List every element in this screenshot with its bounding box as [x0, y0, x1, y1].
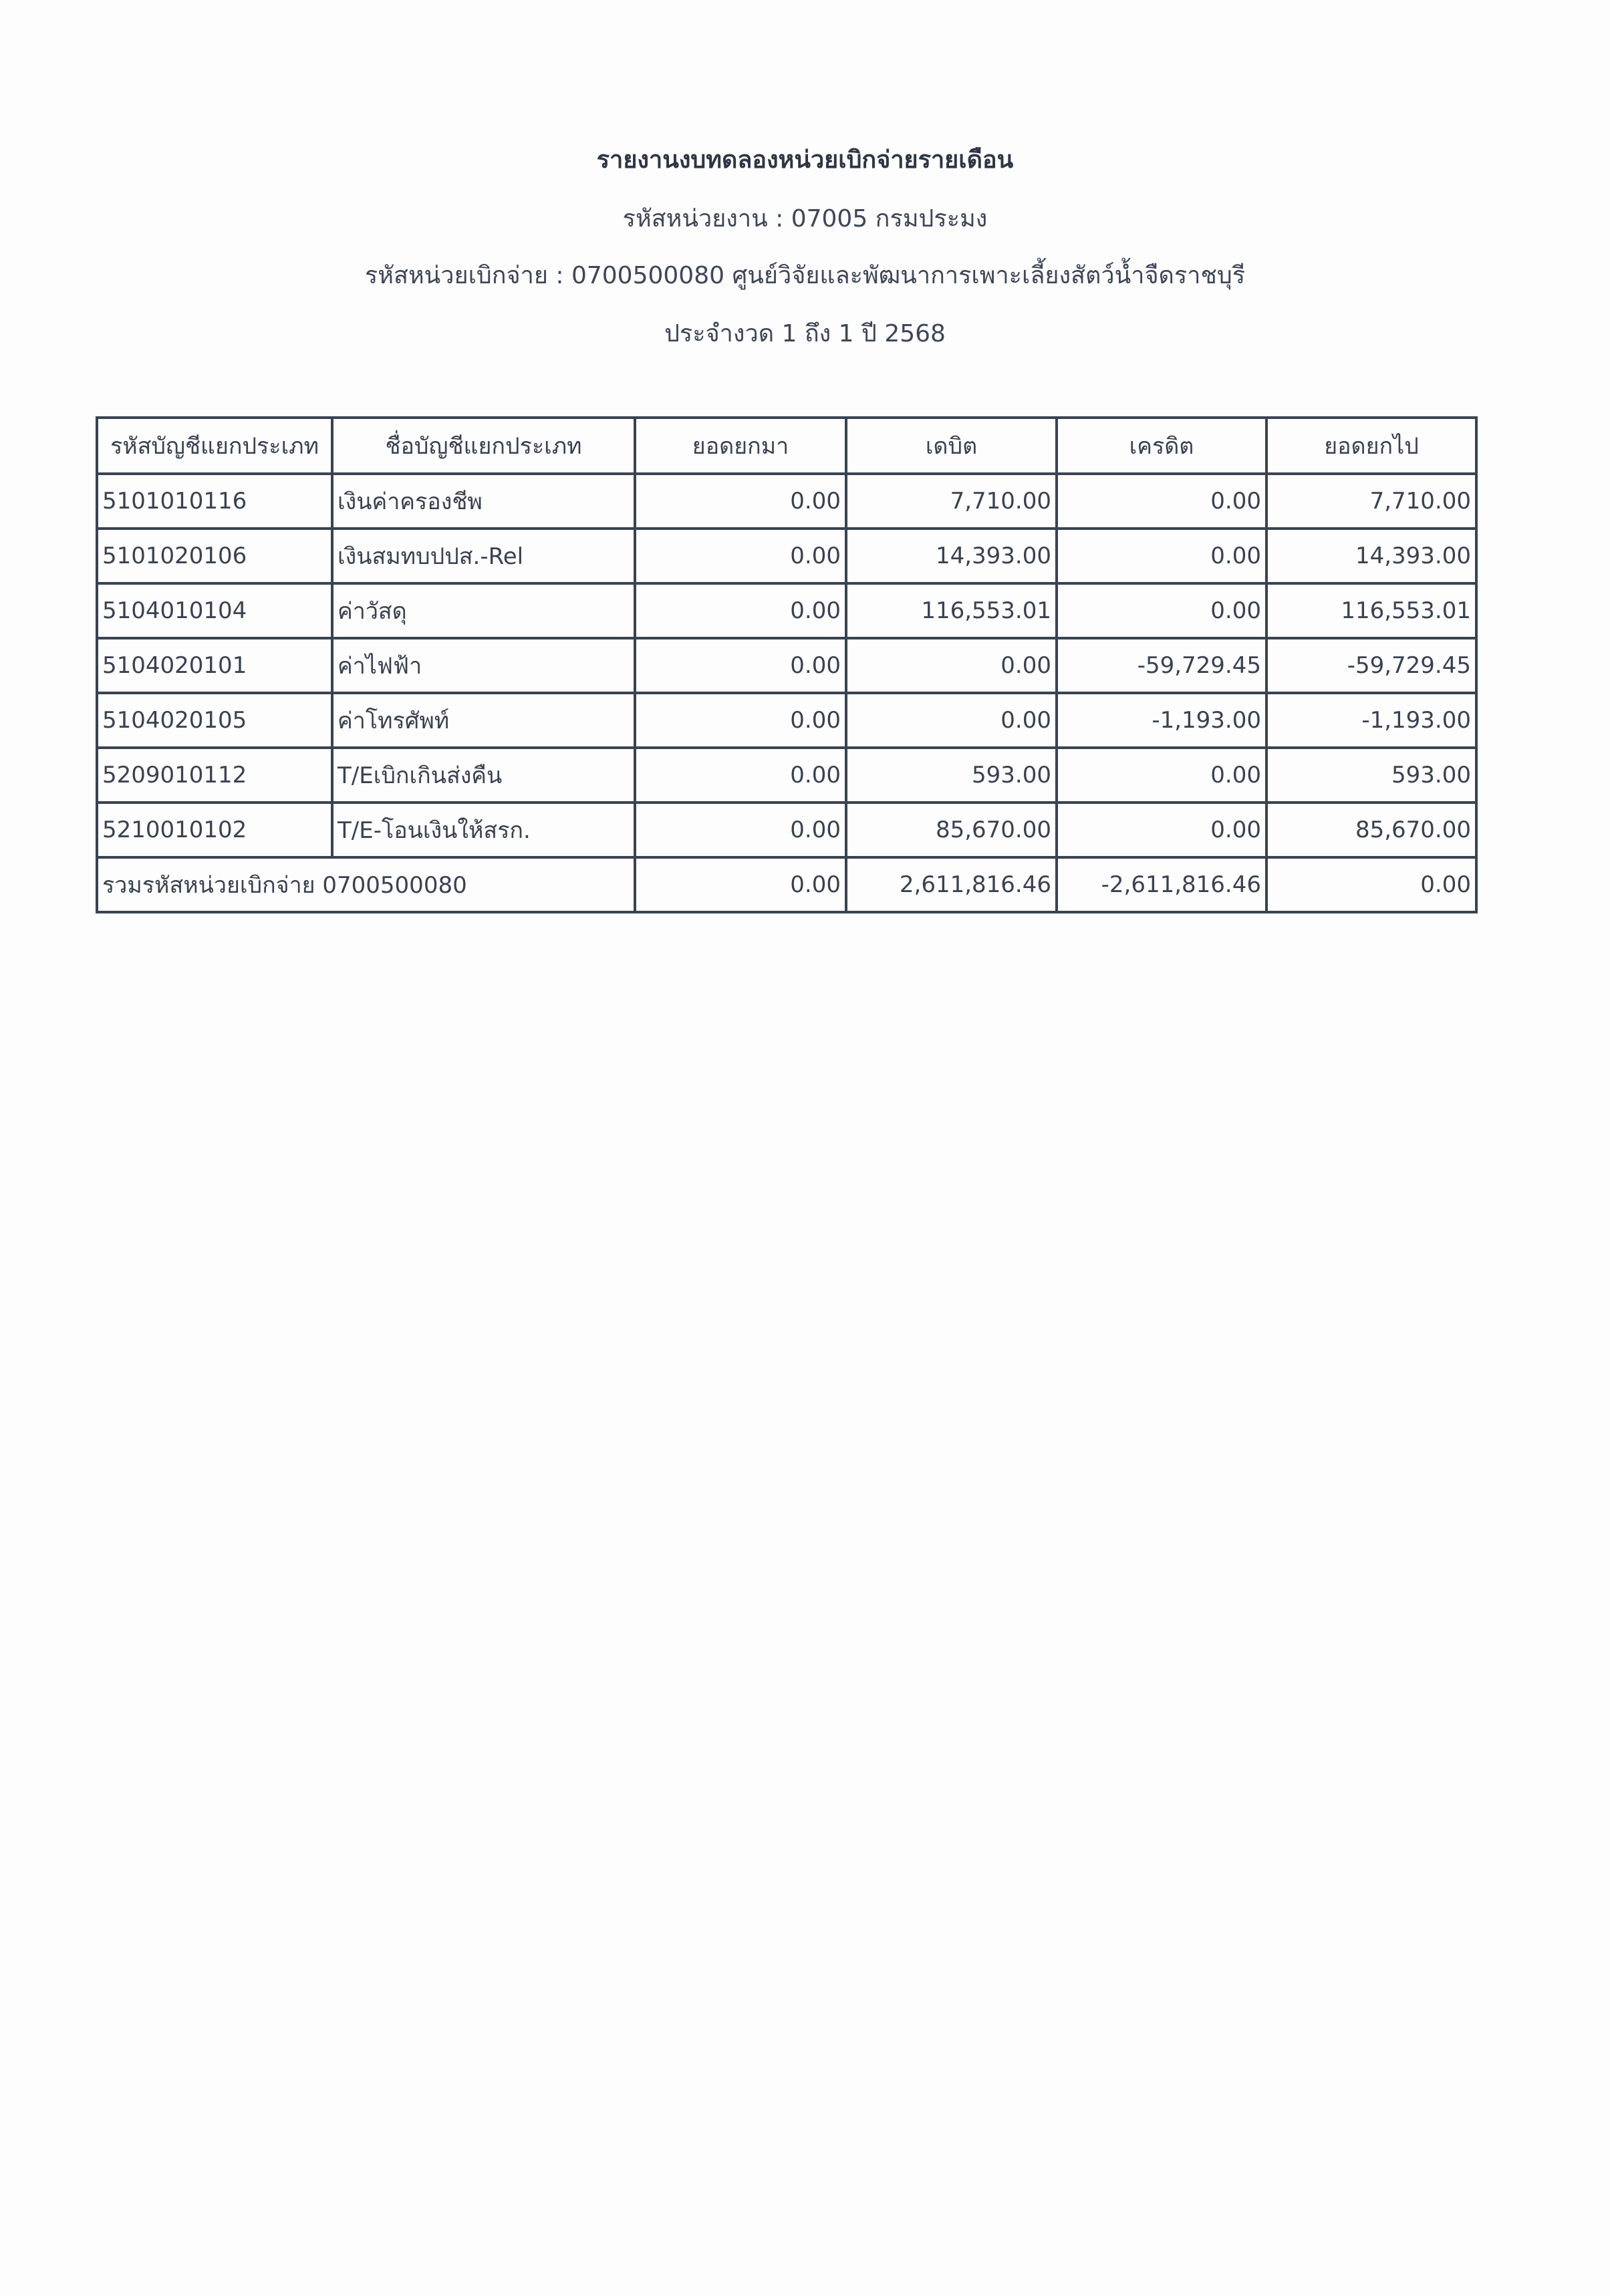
opening-cell: 0.00 — [635, 583, 846, 638]
table-header-row: รหัสบัญชีแยกประเภท ชื่อบัญชีแยกประเภท ยอ… — [97, 418, 1476, 474]
debit-cell: 593.00 — [846, 748, 1057, 803]
account-code-cell: 5209010112 — [97, 748, 332, 803]
account-code-cell: 5104020105 — [97, 693, 332, 748]
account-code-cell: 5101010116 — [97, 474, 332, 529]
trial-balance-table: รหัสบัญชีแยกประเภท ชื่อบัญชีแยกประเภท ยอ… — [96, 416, 1478, 913]
header-opening-balance: ยอดยกมา — [635, 418, 846, 474]
account-name-cell: เงินค่าครองชีพ — [332, 474, 635, 529]
opening-cell: 0.00 — [635, 474, 846, 529]
debit-cell: 7,710.00 — [846, 474, 1057, 529]
account-code-cell: 5101020106 — [97, 529, 332, 583]
closing-cell: -1,193.00 — [1266, 693, 1476, 748]
credit-cell: 0.00 — [1057, 474, 1266, 529]
report-title: รายงานงบทดลองหน่วยเบิกจ่ายรายเดือน — [0, 140, 1610, 178]
account-code-cell: 5104020101 — [97, 638, 332, 693]
header-debit: เดบิต — [846, 418, 1057, 474]
closing-cell: 116,553.01 — [1266, 583, 1476, 638]
total-closing: 0.00 — [1266, 857, 1476, 912]
debit-cell: 0.00 — [846, 693, 1057, 748]
account-code-cell: 5104010104 — [97, 583, 332, 638]
account-name-cell: T/Eเบิกเกินส่งคืน — [332, 748, 635, 803]
credit-cell: 0.00 — [1057, 803, 1266, 857]
agency-line: รหัสหน่วยงาน : 07005 กรมประมง — [0, 199, 1610, 237]
account-name-cell: เงินสมทบปปส.-Rel — [332, 529, 635, 583]
closing-cell: 14,393.00 — [1266, 529, 1476, 583]
account-name-cell: ค่าไฟฟ้า — [332, 638, 635, 693]
debit-cell: 14,393.00 — [846, 529, 1057, 583]
total-row: รวมรหัสหน่วยเบิกจ่าย 0700500080 0.00 2,6… — [97, 857, 1476, 912]
total-credit: -2,611,816.46 — [1057, 857, 1266, 912]
opening-cell: 0.00 — [635, 693, 846, 748]
credit-cell: -59,729.45 — [1057, 638, 1266, 693]
closing-cell: -59,729.45 — [1266, 638, 1476, 693]
account-code-cell: 5210010102 — [97, 803, 332, 857]
table-row: 5101020106เงินสมทบปปส.-Rel0.0014,393.000… — [97, 529, 1476, 583]
debit-cell: 0.00 — [846, 638, 1057, 693]
closing-cell: 85,670.00 — [1266, 803, 1476, 857]
header-account-code: รหัสบัญชีแยกประเภท — [97, 418, 332, 474]
header-account-name: ชื่อบัญชีแยกประเภท — [332, 418, 635, 474]
total-debit: 2,611,816.46 — [846, 857, 1057, 912]
header-closing-balance: ยอดยกไป — [1266, 418, 1476, 474]
credit-cell: 0.00 — [1057, 748, 1266, 803]
opening-cell: 0.00 — [635, 529, 846, 583]
account-name-cell: ค่าวัสดุ — [332, 583, 635, 638]
credit-cell: -1,193.00 — [1057, 693, 1266, 748]
account-name-cell: T/E-โอนเงินให้สรก. — [332, 803, 635, 857]
disbursement-unit-line: รหัสหน่วยเบิกจ่าย : 0700500080 ศูนย์วิจั… — [0, 256, 1610, 294]
credit-cell: 0.00 — [1057, 583, 1266, 638]
total-label: รวมรหัสหน่วยเบิกจ่าย 0700500080 — [97, 857, 635, 912]
debit-cell: 116,553.01 — [846, 583, 1057, 638]
table-row: 5209010112T/Eเบิกเกินส่งคืน0.00593.000.0… — [97, 748, 1476, 803]
credit-cell: 0.00 — [1057, 529, 1266, 583]
table-row: 5210010102T/E-โอนเงินให้สรก.0.0085,670.0… — [97, 803, 1476, 857]
closing-cell: 7,710.00 — [1266, 474, 1476, 529]
debit-cell: 85,670.00 — [846, 803, 1057, 857]
table-row: 5104020105ค่าโทรศัพท์0.000.00-1,193.00-1… — [97, 693, 1476, 748]
total-opening: 0.00 — [635, 857, 846, 912]
account-name-cell: ค่าโทรศัพท์ — [332, 693, 635, 748]
table-row: 5104010104ค่าวัสดุ0.00116,553.010.00116,… — [97, 583, 1476, 638]
opening-cell: 0.00 — [635, 748, 846, 803]
table-row: 5104020101ค่าไฟฟ้า0.000.00-59,729.45-59,… — [97, 638, 1476, 693]
period-line: ประจำงวด 1 ถึง 1 ปี 2568 — [0, 314, 1610, 352]
header-credit: เครดิต — [1057, 418, 1266, 474]
opening-cell: 0.00 — [635, 803, 846, 857]
closing-cell: 593.00 — [1266, 748, 1476, 803]
table-row: 5101010116เงินค่าครองชีพ0.007,710.000.00… — [97, 474, 1476, 529]
opening-cell: 0.00 — [635, 638, 846, 693]
